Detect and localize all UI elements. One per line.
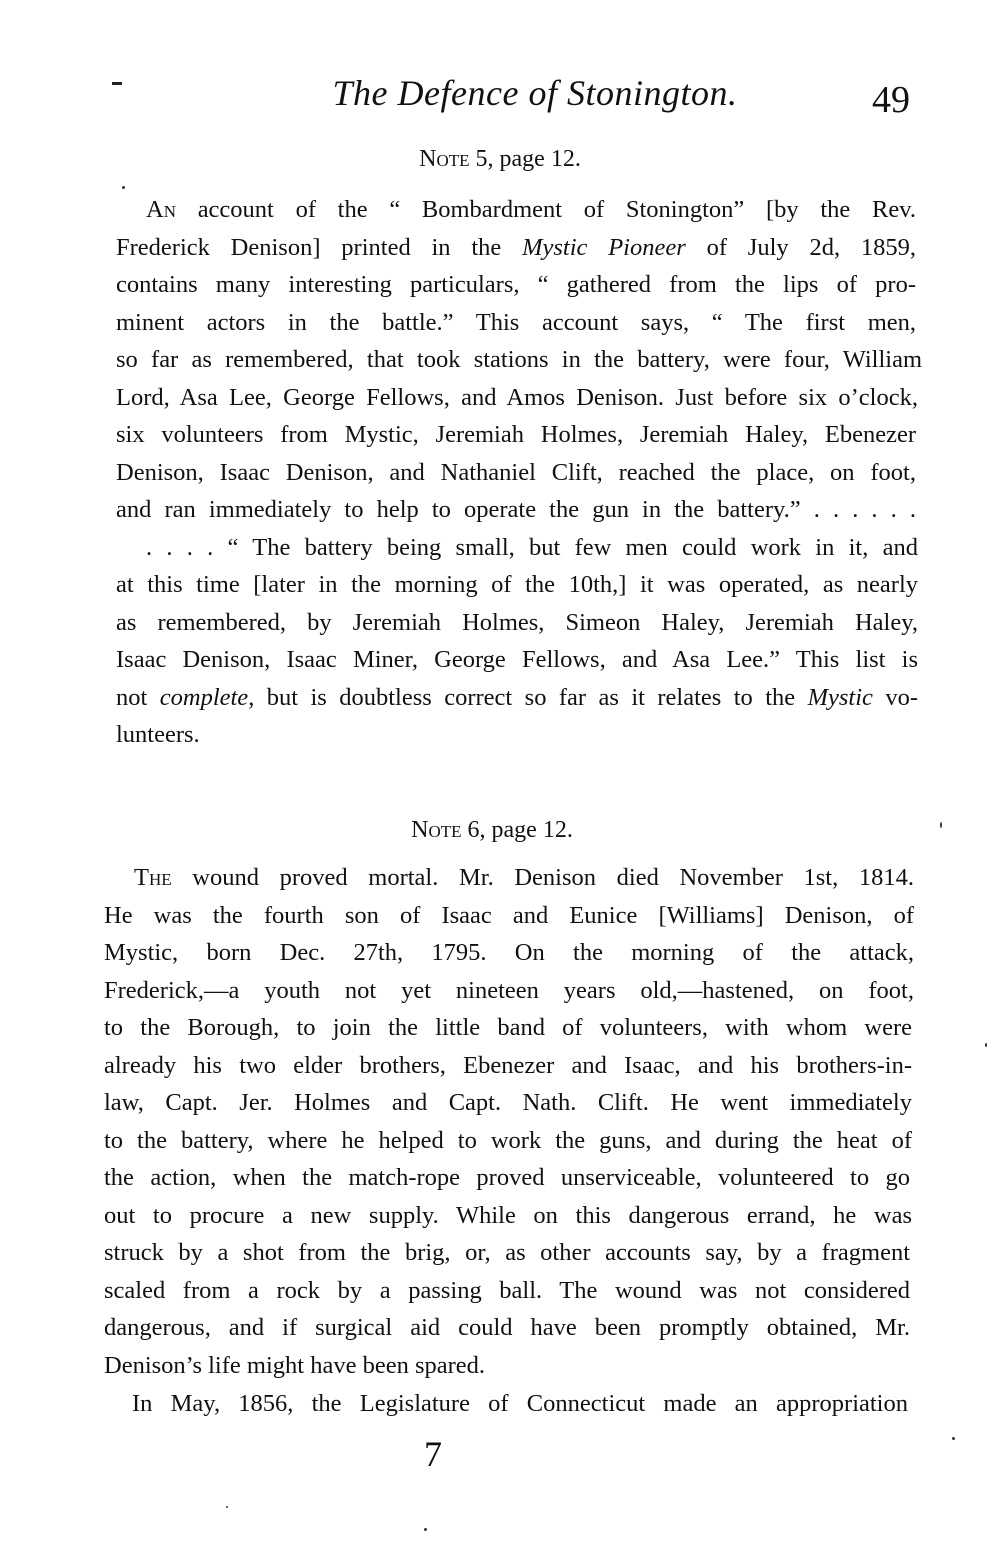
- note-6-line-15: In May, 1856, the Legislature of Connect…: [132, 1385, 908, 1423]
- line-text: wound proved mortal. Mr. Denison died No…: [172, 864, 914, 891]
- scan-speck: [122, 186, 125, 189]
- note-5-line-5: so far as remembered, that took stations…: [116, 341, 922, 379]
- note-label: Note: [419, 146, 469, 172]
- line-text: vo-: [873, 684, 918, 711]
- scan-speck: [952, 1437, 955, 1440]
- note-6-line-8: to the battery, where he helped to work …: [104, 1122, 912, 1160]
- scan-speck: [940, 822, 942, 828]
- note-5-line-15: lunteers.: [116, 716, 200, 754]
- note-6-line-14: Denison’s life might have been spared.: [104, 1347, 485, 1385]
- note-6-line-1: The wound proved mortal. Mr. Denison die…: [134, 859, 914, 897]
- line-text: account of the “ Bombardment of Stoningt…: [176, 196, 916, 223]
- note-6-heading: Note 6, page 12.: [0, 817, 992, 844]
- note-6-line-4: Frederick,—a youth not yet nineteen year…: [104, 972, 914, 1010]
- note-ref: 6, page 12.: [462, 817, 573, 843]
- note-6-line-12: scaled from a rock by a passing ball. Th…: [104, 1272, 910, 1310]
- scan-speck: [985, 1043, 987, 1047]
- note-label: Note: [411, 817, 461, 843]
- note-5-line-3: contains many interesting particulars, “…: [116, 266, 916, 304]
- italic-place: Mystic: [808, 684, 873, 711]
- italic-title: Mystic Pioneer: [522, 234, 686, 261]
- note-5-line-14: not complete, but is doubtless correct s…: [116, 679, 918, 717]
- line-text: Frederick Denison] printed in the: [116, 234, 522, 261]
- note-6-line-6: already his two elder brothers, Ebenezer…: [104, 1047, 912, 1085]
- note-6-line-3: Mystic, born Dec. 27th, 1795. On the mor…: [104, 934, 914, 972]
- note-5-line-9: and ran immediately to help to operate t…: [116, 491, 916, 529]
- note-6-line-5: to the Borough, to join the little band …: [104, 1009, 912, 1047]
- note-5-line-1: An account of the “ Bombardment of Stoni…: [146, 191, 916, 229]
- italic-emphasis: complete: [160, 684, 248, 711]
- note-5-line-11: at this time [later in the morning of th…: [116, 566, 918, 604]
- scan-speck: [226, 1506, 228, 1508]
- note-6-line-13: dangerous, and if surgical aid could hav…: [104, 1309, 910, 1347]
- note-5-line-8: Denison, Isaac Denison, and Nathaniel Cl…: [116, 454, 916, 492]
- note-5-line-2: Frederick Denison] printed in the Mystic…: [116, 229, 916, 267]
- note-5-line-12: as remembered, by Jeremiah Holmes, Simeo…: [116, 604, 918, 642]
- note-5-line-13: Isaac Denison, Isaac Miner, George Fello…: [116, 641, 918, 679]
- note-ref: 5, page 12.: [470, 146, 581, 172]
- note-6-line-9: the action, when the match-rope proved u…: [104, 1159, 910, 1197]
- line-text: of July 2d, 1859,: [686, 234, 916, 261]
- running-title: The Defence of Stonington.: [300, 72, 770, 114]
- small-caps-lead: The: [134, 864, 172, 891]
- note-5-line-10: . . . . “ The battery being small, but f…: [146, 529, 918, 567]
- note-6-line-2: He was the fourth son of Isaac and Eunic…: [104, 897, 914, 935]
- small-caps-lead: An: [146, 196, 176, 223]
- note-6-line-7: law, Capt. Jer. Holmes and Capt. Nath. C…: [104, 1084, 912, 1122]
- note-5-heading: Note 5, page 12.: [0, 146, 1000, 173]
- note-5-line-4: minent actors in the battle.” This accou…: [116, 304, 916, 342]
- line-text: , but is doubtless correct so far as it …: [248, 684, 807, 711]
- signature-mark: 7: [0, 1433, 866, 1475]
- book-page: The Defence of Stonington. 49 Note 5, pa…: [0, 0, 1000, 1555]
- line-text: not: [116, 684, 160, 711]
- note-5-line-6: Lord, Asa Lee, George Fellows, and Amos …: [116, 379, 918, 417]
- page-number: 49: [872, 78, 910, 122]
- header-dash-mark: [112, 82, 122, 85]
- note-6-line-11: struck by a shot from the brig, or, as o…: [104, 1234, 910, 1272]
- scan-speck: [424, 1528, 427, 1531]
- note-5-line-7: six volunteers from Mystic, Jeremiah Hol…: [116, 416, 916, 454]
- note-6-line-10: out to procure a new supply. While on th…: [104, 1197, 912, 1235]
